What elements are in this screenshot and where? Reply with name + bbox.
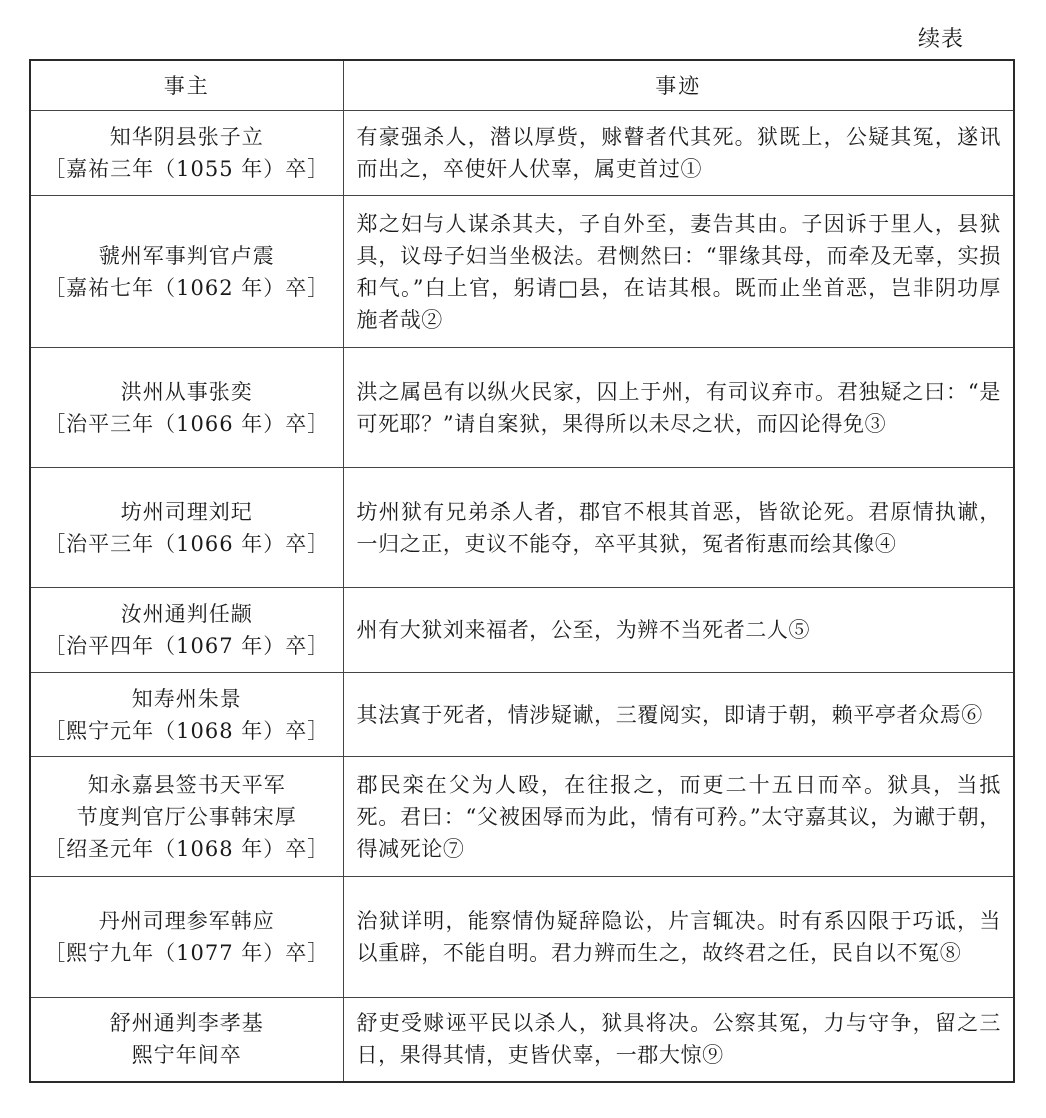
official-death-date: ［熙宁元年（1068 年）卒］ <box>37 715 337 747</box>
deed-cell: 州有大狱刘来福者，公至，为辨不当死者二人⑤ <box>343 588 1014 673</box>
official-title: 节度判官厅公事韩宋厚 <box>37 801 337 833</box>
table-row: 舒州通判李孝基熙宁年间卒舒吏受赇诬平民以杀人，狱具将决。公察其冤，力与守争，留之… <box>30 998 1014 1082</box>
official-cell: 丹州司理参军韩应［熙宁九年（1077 年）卒］ <box>30 877 343 998</box>
header-official: 事主 <box>30 60 343 111</box>
official-death-date: ［治平四年（1067 年）卒］ <box>37 630 337 662</box>
header-deeds: 事迹 <box>343 60 1014 111</box>
deed-cell: 坊州狱有兄弟杀人者，郡官不根其首恶，皆欲论死。君原情执谳，一归之正，吏议不能夺，… <box>343 468 1014 588</box>
deed-cell: 其法寘于死者，情涉疑谳，三覆阅实，即请于朝，赖平亭者众焉⑥ <box>343 673 1014 757</box>
deed-cell: 有豪强杀人，潜以厚赀，赇瞽者代其死。狱既上，公疑其冤，遂讯而出之，卒使奸人伏辜，… <box>343 111 1014 196</box>
deed-cell: 郑之妇与人谋杀其夫，子自外至，妻告其由。子因诉于里人，县狱具，议母子妇当坐极法。… <box>343 196 1014 348</box>
table-row: 坊州司理刘玘［治平三年（1066 年）卒］坊州狱有兄弟杀人者，郡官不根其首恶，皆… <box>30 468 1014 588</box>
table-continued-caption: 续表 <box>918 22 964 53</box>
table-row: 洪州从事张奕［治平三年（1066 年）卒］洪之属邑有以纵火民家，囚上于州，有司议… <box>30 348 1014 468</box>
official-title: 洪州从事张奕 <box>37 376 337 408</box>
officials-cases-table: 事主 事迹 知华阴县张子立［嘉祐三年（1055 年）卒］有豪强杀人，潜以厚赀，赇… <box>29 59 1015 1083</box>
table-row: 汝州通判任颛［治平四年（1067 年）卒］州有大狱刘来福者，公至，为辨不当死者二… <box>30 588 1014 673</box>
official-death-date: ［嘉祐七年（1062 年）卒］ <box>37 272 337 304</box>
deed-cell: 洪之属邑有以纵火民家，囚上于州，有司议弃市。君独疑之曰：“是可死耶？”请自案狱，… <box>343 348 1014 468</box>
official-death-date: ［熙宁九年（1077 年）卒］ <box>37 937 337 969</box>
deed-cell: 郡民栾在父为人殴，在往报之，而更二十五日而卒。狱具，当抵死。君曰：“父被困辱而为… <box>343 757 1014 877</box>
deed-cell: 舒吏受赇诬平民以杀人，狱具将决。公察其冤，力与守争，留之三日，果得其情，吏皆伏辜… <box>343 998 1014 1082</box>
official-death-date: ［绍圣元年（1068 年）卒］ <box>37 833 337 865</box>
table-header-row: 事主 事迹 <box>30 60 1014 111</box>
official-death-date: ［治平三年（1066 年）卒］ <box>37 408 337 440</box>
official-death-date: ［治平三年（1066 年）卒］ <box>37 528 337 560</box>
official-cell: 知寿州朱景［熙宁元年（1068 年）卒］ <box>30 673 343 757</box>
official-death-date: ［嘉祐三年（1055 年）卒］ <box>37 153 337 185</box>
deed-cell: 治狱详明，能察情伪疑辞隐讼，片言辄决。时有系囚限于巧诋，当以重辟，不能自明。君力… <box>343 877 1014 998</box>
table-row: 虢州军事判官卢震［嘉祐七年（1062 年）卒］郑之妇与人谋杀其夫，子自外至，妻告… <box>30 196 1014 348</box>
official-title: 舒州通判李孝基 <box>37 1007 337 1039</box>
table-row: 知华阴县张子立［嘉祐三年（1055 年）卒］有豪强杀人，潜以厚赀，赇瞽者代其死。… <box>30 111 1014 196</box>
official-cell: 洪州从事张奕［治平三年（1066 年）卒］ <box>30 348 343 468</box>
official-title: 知寿州朱景 <box>37 683 337 715</box>
official-title: 坊州司理刘玘 <box>37 496 337 528</box>
official-title: 汝州通判任颛 <box>37 598 337 630</box>
official-cell: 知华阴县张子立［嘉祐三年（1055 年）卒］ <box>30 111 343 196</box>
table-row: 丹州司理参军韩应［熙宁九年（1077 年）卒］治狱详明，能察情伪疑辞隐讼，片言辄… <box>30 877 1014 998</box>
official-title: 丹州司理参军韩应 <box>37 905 337 937</box>
official-title: 知华阴县张子立 <box>37 121 337 153</box>
official-cell: 汝州通判任颛［治平四年（1067 年）卒］ <box>30 588 343 673</box>
official-title: 知永嘉县签书天平军 <box>37 769 337 801</box>
table-row: 知永嘉县签书天平军节度判官厅公事韩宋厚［绍圣元年（1068 年）卒］郡民栾在父为… <box>30 757 1014 877</box>
official-title: 虢州军事判官卢震 <box>37 240 337 272</box>
official-cell: 坊州司理刘玘［治平三年（1066 年）卒］ <box>30 468 343 588</box>
official-cell: 知永嘉县签书天平军节度判官厅公事韩宋厚［绍圣元年（1068 年）卒］ <box>30 757 343 877</box>
official-death-date: 熙宁年间卒 <box>37 1039 337 1071</box>
official-cell: 虢州军事判官卢震［嘉祐七年（1062 年）卒］ <box>30 196 343 348</box>
table-row: 知寿州朱景［熙宁元年（1068 年）卒］其法寘于死者，情涉疑谳，三覆阅实，即请于… <box>30 673 1014 757</box>
official-cell: 舒州通判李孝基熙宁年间卒 <box>30 998 343 1082</box>
